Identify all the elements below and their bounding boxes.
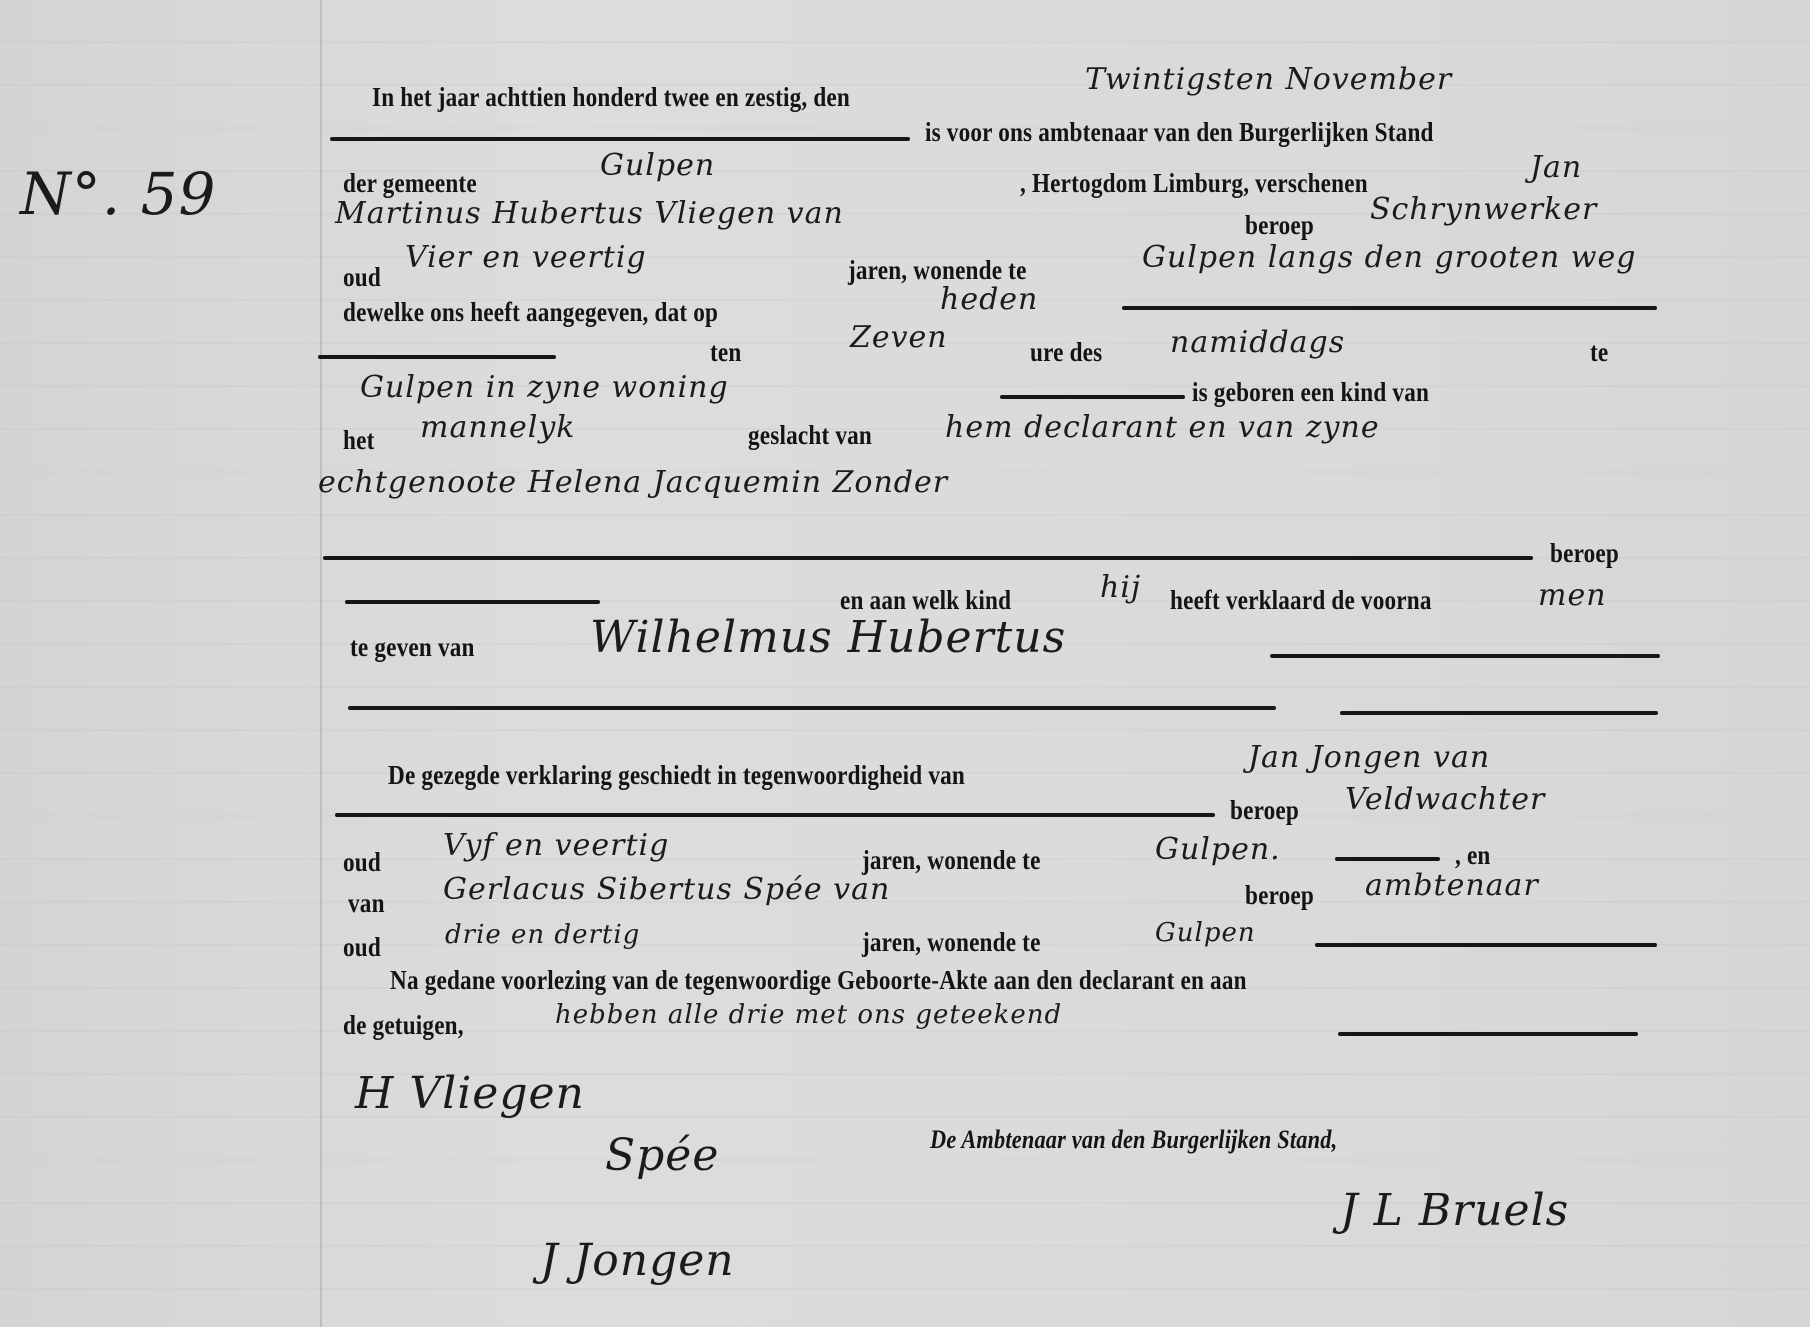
label-het: het xyxy=(343,425,374,456)
date-handwritten: Twintigsten November xyxy=(1085,62,1452,97)
fill-line xyxy=(1000,395,1185,399)
witness2-name-handwritten: Gerlacus Sibertus Spée van xyxy=(443,872,890,907)
signature-official: J L Bruels xyxy=(1340,1185,1569,1236)
text-line-8: is geboren een kind van xyxy=(1192,377,1429,408)
declarant-age: Vier en veertig xyxy=(405,240,647,275)
witness1-name-handwritten: Jan Jongen van xyxy=(1248,740,1490,775)
signature-witness-1: Spée xyxy=(605,1130,719,1181)
label-beroep-2: beroep xyxy=(1550,538,1619,569)
label-beroep-1: beroep xyxy=(1245,210,1314,241)
official-label: De Ambtenaar van den Burgerlijken Stand, xyxy=(930,1125,1337,1155)
signing-statement-handwritten: hebben alle drie met ons geteekend xyxy=(555,1000,1062,1030)
witness1-age: Vyf en veertig xyxy=(443,828,669,863)
fill-line xyxy=(335,813,1215,817)
birthplace-handwritten: Gulpen in zyne woning xyxy=(360,370,729,405)
fill-line xyxy=(1338,1032,1638,1036)
parent-relation-handwritten: hem declarant en van zyne xyxy=(945,410,1380,445)
fill-line xyxy=(1315,943,1657,947)
text-line-19: Na gedane voorlezing van de tegenwoordig… xyxy=(390,965,1247,996)
time-of-day-handwritten: namiddags xyxy=(1170,325,1345,360)
fill-line xyxy=(330,137,910,141)
municipality-handwritten: Gulpen xyxy=(600,148,715,183)
declarant-occupation: Schrynwerker xyxy=(1370,192,1597,227)
day-handwritten: heden xyxy=(940,282,1038,317)
label-van: van xyxy=(348,888,385,919)
fill-line xyxy=(318,355,556,359)
declarant-residence: Gulpen langs den grooten weg xyxy=(1142,240,1636,275)
label-jaren-wonende-3: jaren, wonende te xyxy=(862,927,1041,958)
text-line-1: In het jaar achttien honderd twee en zes… xyxy=(372,82,850,113)
label-oud-1: oud xyxy=(343,262,381,293)
text-line-14: De gezegde verklaring geschiedt in tegen… xyxy=(388,760,965,791)
witness2-age: drie en dertig xyxy=(445,920,640,950)
voornamen-suffix-handwritten: men xyxy=(1538,578,1607,613)
label-beroep-3: beroep xyxy=(1230,795,1299,826)
witness2-residence: Gulpen xyxy=(1155,918,1256,948)
hour-handwritten: Zeven xyxy=(850,320,948,355)
declarant-pronoun-handwritten: hij xyxy=(1100,570,1141,605)
label-beroep-4: beroep xyxy=(1245,880,1314,911)
label-en: , en xyxy=(1455,840,1491,871)
fill-line xyxy=(345,600,600,604)
witness2-occupation: ambtenaar xyxy=(1365,868,1539,903)
margin-line xyxy=(320,0,322,1327)
text-line-6: dewelke ons heeft aangegeven, dat op xyxy=(343,297,718,328)
label-oud-2: oud xyxy=(343,847,381,878)
label-gemeente: der gemeente xyxy=(343,168,477,199)
label-te-geven-van: te geven van xyxy=(350,632,475,663)
fill-line xyxy=(1122,306,1657,310)
birth-certificate-page: N°. 59 In het jaar achttien honderd twee… xyxy=(0,0,1810,1327)
declarant-firstname: Jan xyxy=(1530,150,1582,185)
fill-line xyxy=(348,706,1276,710)
fill-line xyxy=(1335,857,1440,861)
fill-line xyxy=(323,556,1533,560)
text-line-12b: heeft verklaard de voorna xyxy=(1170,585,1432,616)
witness1-residence: Gulpen. xyxy=(1155,832,1281,867)
label-oud-3: oud xyxy=(343,932,381,963)
fill-line xyxy=(1340,711,1658,715)
witness1-occupation: Veldwachter xyxy=(1345,782,1545,817)
sex-handwritten: mannelyk xyxy=(420,410,575,445)
signature-witness-2: J Jongen xyxy=(540,1235,735,1286)
declarant-name: Martinus Hubertus Vliegen van xyxy=(335,196,844,231)
label-geslacht-van: geslacht van xyxy=(748,420,872,451)
mother-handwritten: echtgenoote Helena Jacquemin Zonder xyxy=(318,465,948,500)
text-line-3: , Hertogdom Limburg, verschenen xyxy=(1020,168,1368,199)
label-de-getuigen: de getuigen, xyxy=(343,1010,464,1041)
fill-line xyxy=(1270,654,1660,658)
text-line-2: is voor ons ambtenaar van den Burgerlijk… xyxy=(925,117,1434,148)
label-te: te xyxy=(1590,337,1608,368)
signature-declarant: H Vliegen xyxy=(355,1068,585,1119)
label-ten: ten xyxy=(710,337,741,368)
record-number: N°. 59 xyxy=(20,160,216,228)
child-name-handwritten: Wilhelmus Hubertus xyxy=(590,612,1066,663)
label-ure-des: ure des xyxy=(1030,337,1102,368)
